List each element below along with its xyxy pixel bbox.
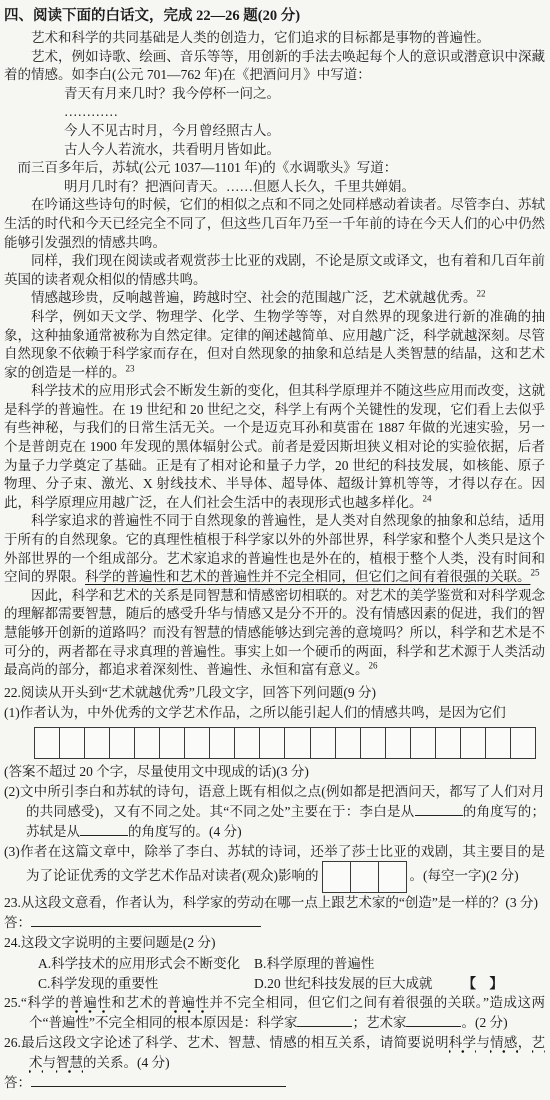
paragraph-text: 情感越珍贵，反响越普遍，跨越时空、社会的范围越广泛，艺术就越优秀。 <box>31 290 477 305</box>
answer-cell[interactable] <box>234 728 259 758</box>
question-text: 的关系。(4 分) <box>83 1055 170 1070</box>
exam-page: 四、阅读下面的白话文，完成 22—26 题(20 分) 艺术和科学的共同基础是人… <box>0 0 550 1100</box>
answer-cell[interactable] <box>159 728 184 758</box>
passage-paragraph: 科学，例如天文学、物理学、化学、生物学等等，对自然界的现象进行新的准确的抽象，这… <box>4 308 545 382</box>
option-row: A.科学技术的应用形式会不断变化 B.科学原理的普遍性 <box>38 954 545 974</box>
poem-line: 明月几时有？把酒问青天。……但愿人长久，千里共婵娟。 <box>64 178 545 197</box>
poem-line: 今人不见古时月，今月曾经照古人。 <box>64 122 545 141</box>
passage-paragraph: 艺术，例如诗歌、绘画、音乐等等，用创新的手法去唤起每个人的意识或潜意识中深藏着的… <box>4 48 545 85</box>
paragraph-ref-mark: 26 <box>369 661 378 671</box>
passage-paragraph: 同样，我们现在阅读或者观赏莎士比亚的戏剧，不论是原文或译文，也有着和几百年前英国… <box>4 252 545 289</box>
answer-cell[interactable] <box>109 728 134 758</box>
emphasized-text: 普遍性 <box>168 995 210 1013</box>
answer-cell[interactable] <box>310 728 335 758</box>
answer-cell[interactable] <box>284 728 309 758</box>
answer-cell[interactable] <box>35 728 59 758</box>
emphasized-text: 情感 <box>490 1035 518 1053</box>
answer-grid[interactable] <box>34 727 536 759</box>
passage-paragraph: 科学家追求的普遍性不同于自然现象的普遍性，是人类对自然现象的抽象和总结，适用于所… <box>4 512 545 586</box>
answer-blank[interactable] <box>415 802 463 816</box>
question-25-stem: 25.“科学的普遍性和艺术的普遍性并不完全相同，但它们之间有着很强的关联。”造成… <box>4 993 545 1033</box>
question-26-answer-line: 答： <box>4 1073 545 1093</box>
answer-cell[interactable] <box>385 728 410 758</box>
question-23-answer-line: 答： <box>4 913 545 933</box>
question-text: 。(每空一字)(2 分) <box>410 868 519 883</box>
question-22-2: (2)文中所引李白和苏轼的诗句，语意上既有相似之点(例如都是把酒问天，都写了人们… <box>4 782 545 841</box>
answer-cell[interactable] <box>184 728 209 758</box>
answer-cell[interactable] <box>360 728 385 758</box>
answer-cell[interactable] <box>485 728 510 758</box>
answer-blank[interactable] <box>31 913 261 927</box>
option-c: C.科学发现的重要性 <box>38 974 254 994</box>
answer-cell[interactable] <box>460 728 485 758</box>
poem-libai: 青天有月来几时？我今停杯一问之。 ………… 今人不见古时月，今月曾经照古人。 古… <box>4 85 545 159</box>
question-text: 。(2 分) <box>461 1015 507 1030</box>
answer-boxes[interactable] <box>322 861 407 893</box>
answer-cell[interactable] <box>335 728 360 758</box>
paragraph-text: 科学，例如天文学、物理学、化学、生物学等等，对自然界的现象进行新的准确的抽象，这… <box>4 309 545 380</box>
paragraph-text: 科学技术的应用形式会不断发生新的变化，但其科学原理并不随这些应用而改变，这就是科… <box>4 383 545 510</box>
paragraph-ref-mark: 25 <box>531 568 540 578</box>
answer-cell[interactable] <box>259 728 284 758</box>
section-title: 四、阅读下面的白话文，完成 22—26 题(20 分) <box>4 6 545 26</box>
paragraph-ref-mark: 24 <box>423 493 432 503</box>
paragraph-text: 因此，科学和艺术的关系是同智慧和情感密切相联的。对艺术的美学鉴赏和对科学观念的理… <box>4 588 545 677</box>
answer-bracket[interactable]: 【 】 <box>463 974 546 994</box>
passage-paragraph: 科学技术的应用形式会不断发生新的变化，但其科学原理并不随这些应用而改变，这就是科… <box>4 382 545 512</box>
option-d: D.20 世纪科技发展的巨大成就 <box>254 974 463 994</box>
question-23-stem: 23.从这段文意看，作者认为，科学家的劳动在哪一点上跟艺术家的“创造”是一样的？… <box>4 893 545 913</box>
question-26-stem: 26.最后这段文字论述了科学、艺术、智慧、情感的相互关系，请简要说明科学与情感，… <box>4 1033 545 1073</box>
answer-blank[interactable] <box>406 1013 461 1027</box>
question-24-options: A.科学技术的应用形式会不断变化 B.科学原理的普遍性 C.科学发现的重要性 D… <box>38 954 545 994</box>
emphasized-text: 智慧 <box>56 1055 83 1073</box>
question-section: 22.阅读从开头到“艺术就越优秀”几段文字，回答下列问题(9 分) (1)作者认… <box>4 683 545 1093</box>
poem-ellipsis: ………… <box>64 103 545 122</box>
passage-paragraph: 在吟诵这些诗句的时候，它们的相似之点和不同之处同样感动着读者。尽管李白、苏轼生活… <box>4 196 545 252</box>
paragraph-ref-mark: 22 <box>477 289 486 299</box>
answer-cell[interactable] <box>323 862 350 892</box>
question-text: 的角度写的。(4 分) <box>128 824 242 839</box>
question-22-1-note: (答案不超过 20 个字，尽量使用文中现成的话)(3 分) <box>4 762 545 782</box>
answer-blank[interactable] <box>297 1013 352 1027</box>
question-22-stem: 22.阅读从开头到“艺术就越优秀”几段文字，回答下列问题(9 分) <box>4 683 545 703</box>
option-a: A.科学技术的应用形式会不断变化 <box>38 954 254 974</box>
question-text: 与 <box>43 1055 57 1070</box>
poem-line: 古人今人若流水，共看明月皆如此。 <box>64 141 545 160</box>
answer-cell[interactable] <box>378 862 406 892</box>
question-24-stem: 24.这段文字说明的主要问题是(2 分) <box>4 933 545 953</box>
answer-cell[interactable] <box>410 728 435 758</box>
emphasized-text: 普遍性 <box>69 995 111 1013</box>
poem-line: 青天有月来几时？我今停杯一问之。 <box>64 85 545 104</box>
answer-cell[interactable] <box>435 728 460 758</box>
paragraph-ref-mark: 23 <box>126 363 135 373</box>
option-row: C.科学发现的重要性 D.20 世纪科技发展的巨大成就 【 】 <box>38 974 545 994</box>
passage-paragraph: 艺术和科学的共同基础是人类的创造力，它们追求的目标都是事物的普遍性。 <box>4 29 545 48</box>
answer-cell[interactable] <box>84 728 109 758</box>
reading-passage: 艺术和科学的共同基础是人类的创造力，它们追求的目标都是事物的普遍性。 艺术，例如… <box>4 29 545 680</box>
question-text: 与 <box>476 1035 490 1050</box>
answer-blank[interactable] <box>31 1073 286 1087</box>
passage-paragraph: 而三百多年后，苏轼(公元 1037—1101 年)的《水调歌头》写道： <box>4 159 545 178</box>
passage-paragraph: 情感越珍贵，反响越普遍，跨越时空、社会的范围越广泛，艺术就越优秀。22 <box>4 289 545 308</box>
answer-cell[interactable] <box>134 728 159 758</box>
question-text: 和艺术的 <box>111 995 167 1010</box>
answer-label: 答： <box>4 1075 31 1090</box>
underlined-sentence: 科学的普遍性和艺术的普遍性并不完全相同，但它们之间有着很强的关联。 <box>85 569 531 584</box>
question-22-3: (3)作者在这篇文章中，除举了李白、苏轼的诗词，还举了莎士比亚的戏剧，其主要目的… <box>4 842 545 894</box>
answer-label: 答： <box>4 915 31 930</box>
answer-cell[interactable] <box>350 862 378 892</box>
answer-cell[interactable] <box>510 728 535 758</box>
question-text: ， <box>518 1035 532 1050</box>
answer-cell[interactable] <box>59 728 84 758</box>
poem-sushi: 明月几时有？把酒问青天。……但愿人长久，千里共婵娟。 <box>4 178 545 197</box>
passage-paragraph: 因此，科学和艺术的关系是同智慧和情感密切相联的。对艺术的美学鉴赏和对科学观念的理… <box>4 587 545 680</box>
emphasized-text: 科学 <box>449 1035 477 1053</box>
question-text: 26.最后这段文字论述了科学、艺术、智慧、情感的相互关系，请简要说明 <box>4 1035 449 1050</box>
question-22-1: (1)作者认为，中外优秀的文学艺术作品，之所以能引起人们的情感共鸣，是因为它们 <box>4 703 545 723</box>
option-b: B.科学原理的普遍性 <box>254 954 545 974</box>
answer-cell[interactable] <box>209 728 234 758</box>
question-text: ；艺术家 <box>352 1015 406 1030</box>
answer-blank[interactable] <box>80 822 128 836</box>
question-text: 25.“科学的 <box>4 995 69 1010</box>
